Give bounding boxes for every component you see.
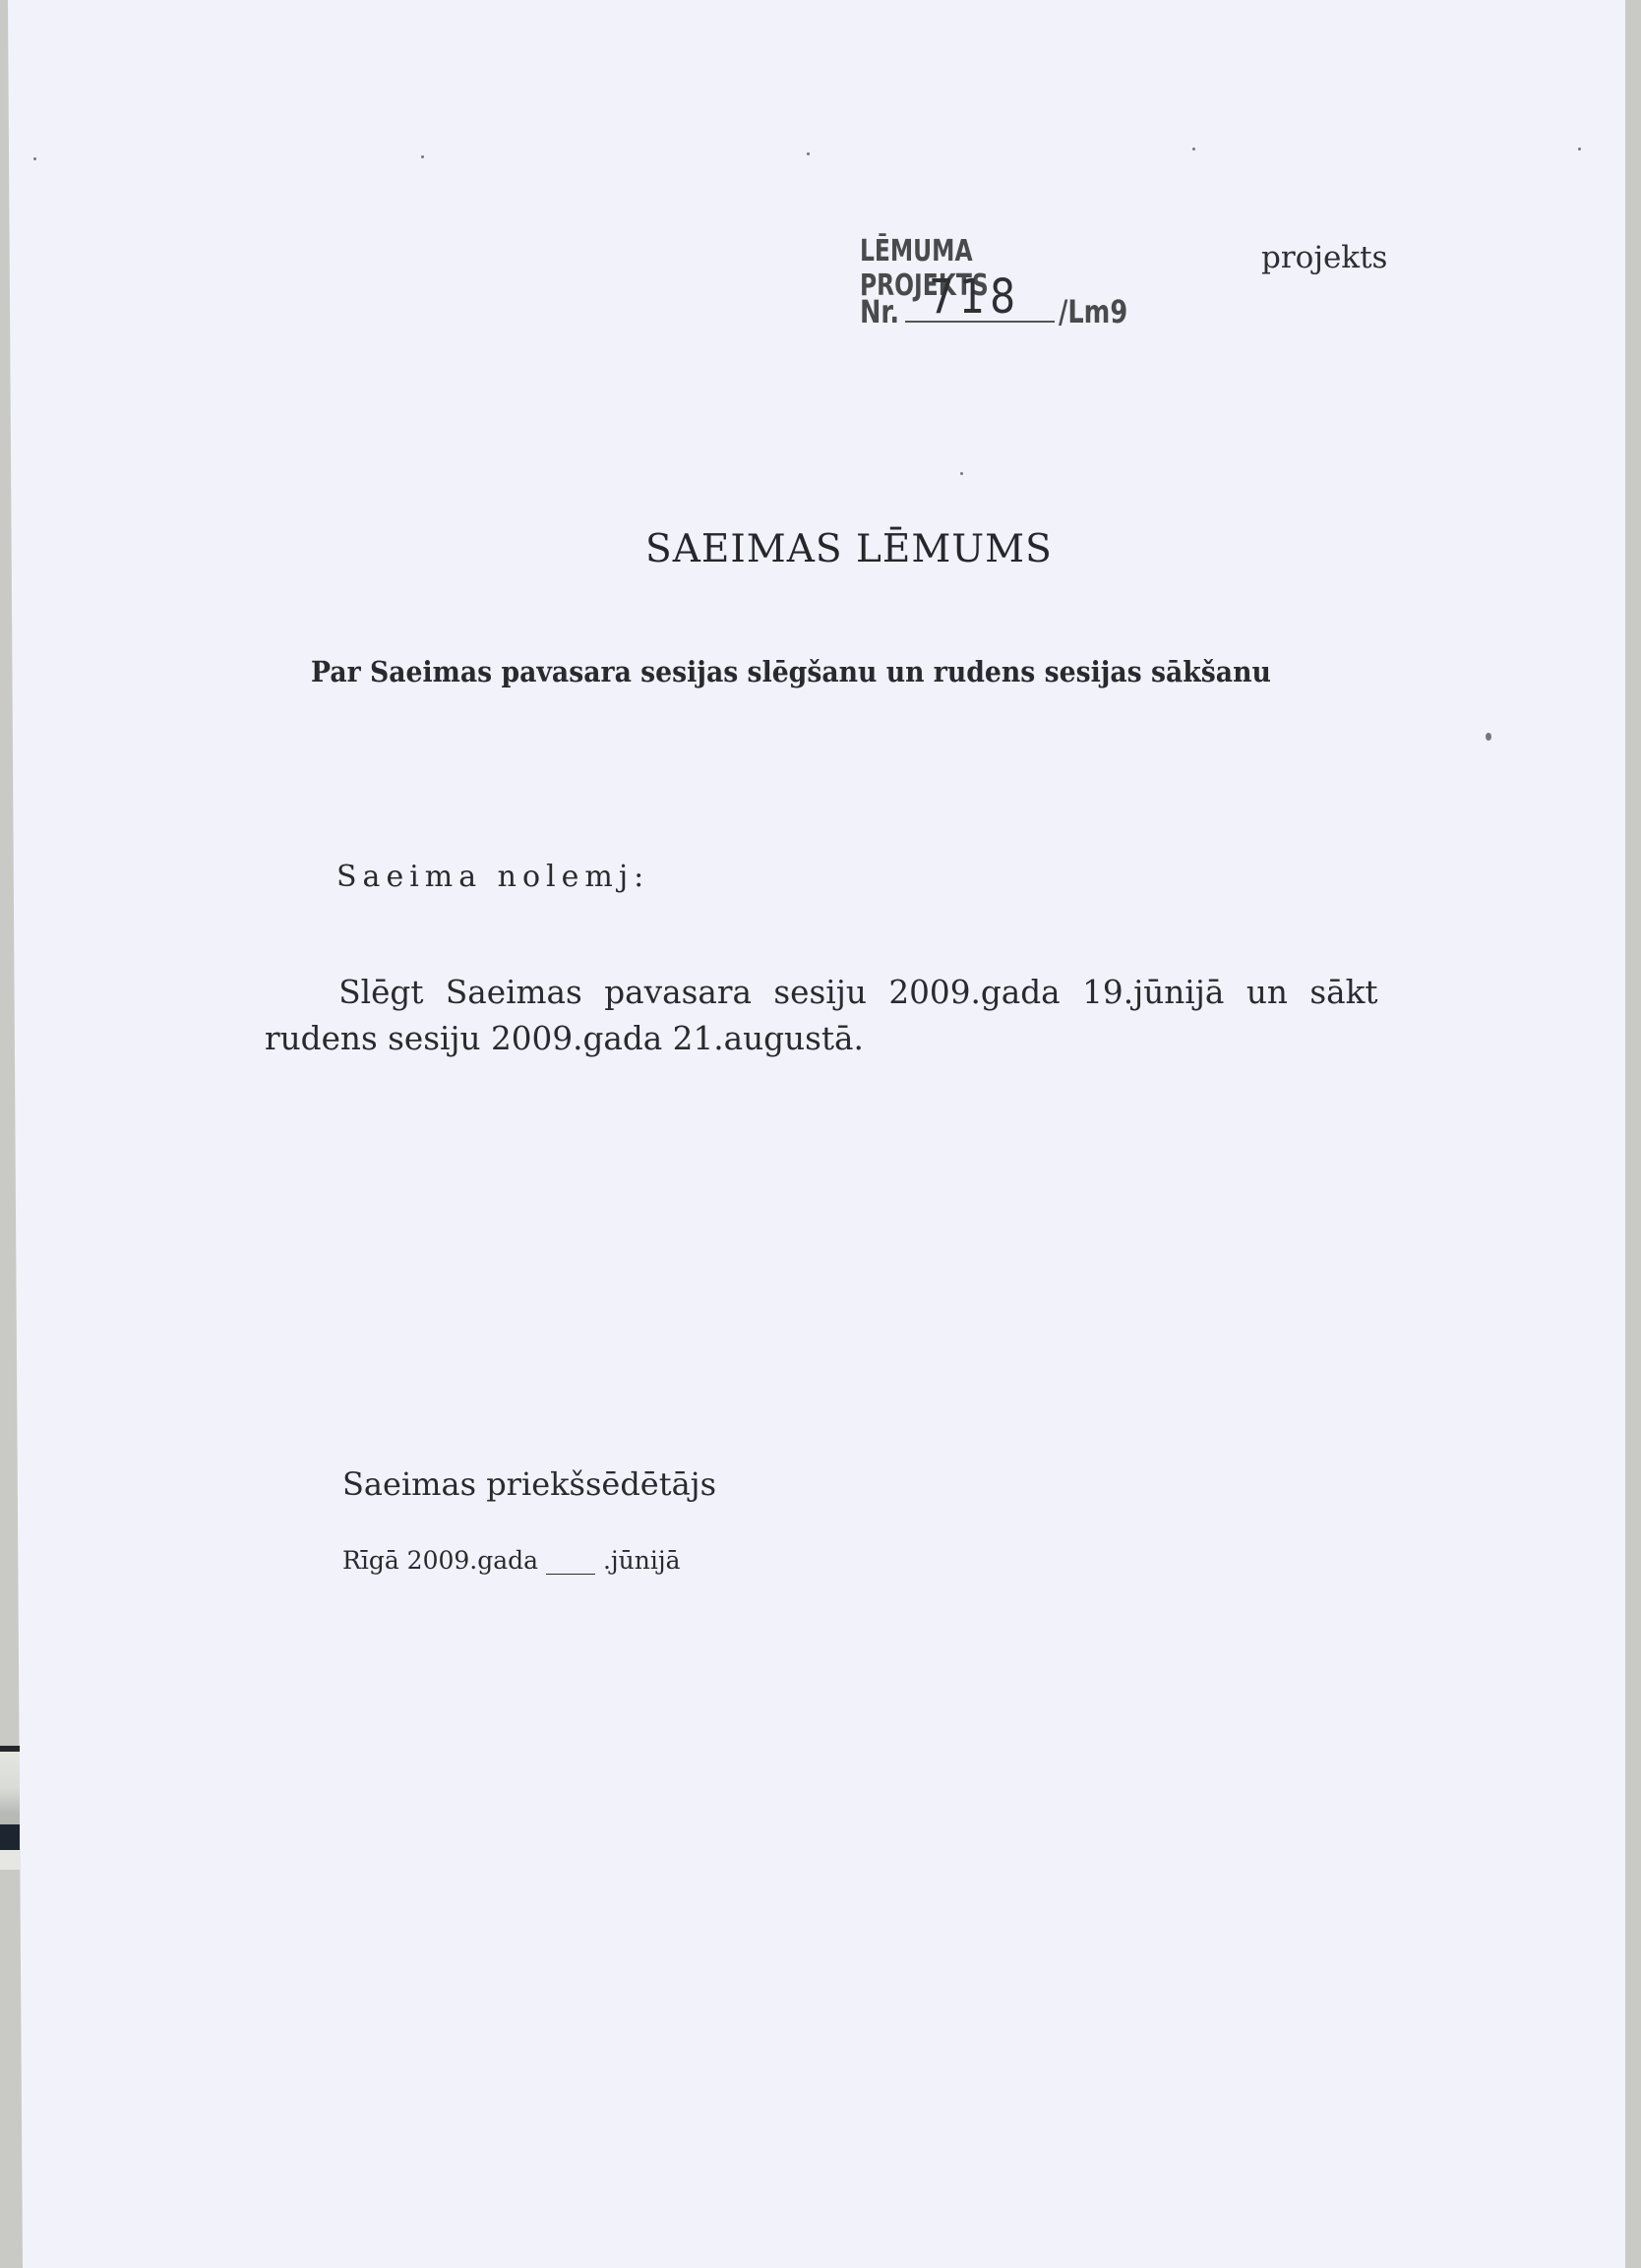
document-subtitle: Par Saeimas pavasara sesijas slēgšanu un…: [311, 655, 1271, 688]
scan-speck: [1486, 733, 1491, 741]
scanner-edge-band: [0, 1813, 20, 1824]
stamp-number-suffix: /Lm9: [1059, 293, 1127, 330]
scanner-edge-band: [0, 1824, 20, 1850]
scan-speck: [421, 155, 424, 158]
scanner-edge-band: [0, 1850, 20, 1870]
scan-speck: [1192, 148, 1195, 150]
scanner-edge-band: [0, 1752, 20, 1813]
scan-speck: [960, 472, 963, 475]
decision-body: Slēgt Saeimas pavasara sesiju 2009.gada …: [265, 969, 1378, 1061]
document-title: SAEIMAS LĒMUMS: [645, 527, 1053, 571]
scan-speck: [1578, 148, 1581, 150]
draft-label: projekts: [1261, 240, 1387, 275]
draft-stamp: LĒMUMA PROJEKTS 718 Nr. /Lm9: [860, 232, 1135, 330]
scan-speck: [807, 152, 810, 155]
stamp-handwritten-number: 718: [929, 269, 1020, 325]
stamp-number-prefix: Nr.: [860, 293, 899, 330]
scan-speck: [33, 157, 36, 160]
decision-intro: Saeima nolemj:: [336, 860, 649, 894]
document-page: LĒMUMA PROJEKTS 718 Nr. /Lm9 projekts SA…: [8, 0, 1625, 2268]
place-date-line: Rīgā 2009.gada ____ .jūnijā: [342, 1546, 681, 1575]
stamp-number-underline: [905, 321, 1055, 323]
signature-title: Saeimas priekšsēdētājs: [342, 1465, 716, 1503]
